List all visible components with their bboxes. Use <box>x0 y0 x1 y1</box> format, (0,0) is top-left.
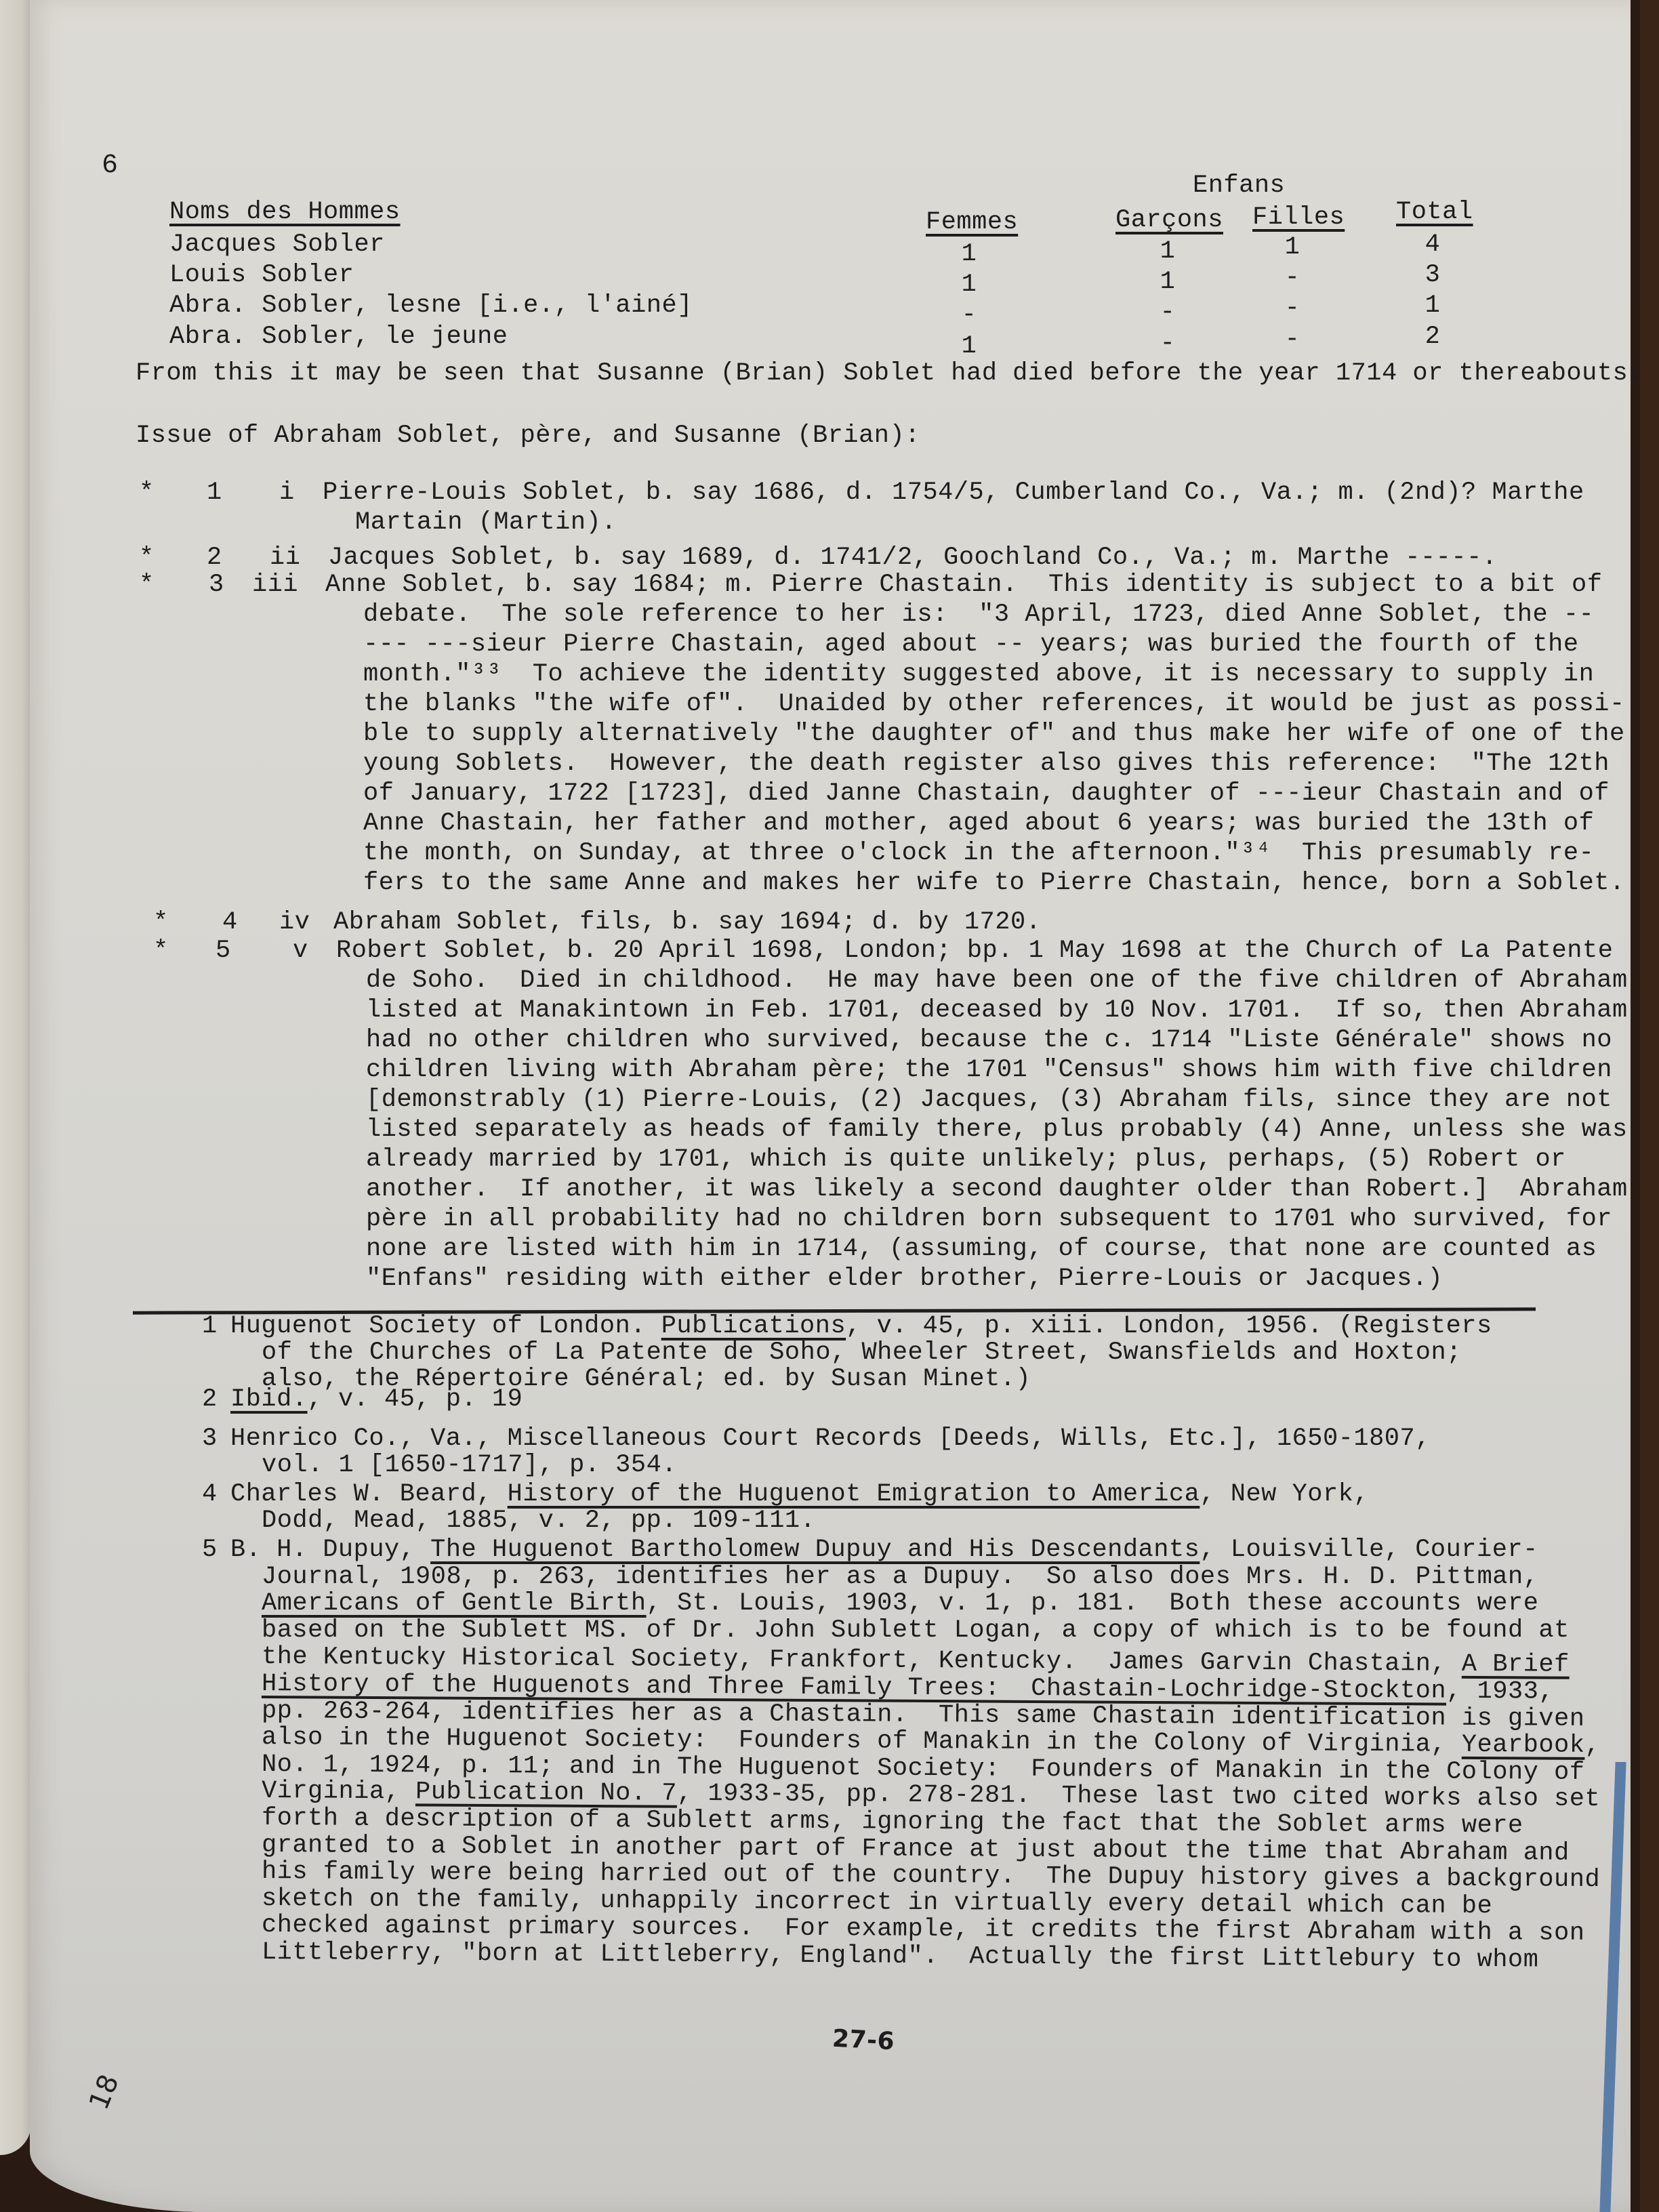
census-cell-femmes: 1 <box>942 270 996 299</box>
census-cell-garcons: 1 <box>1141 237 1195 266</box>
issue-number: 2 <box>207 544 222 572</box>
issue-text-line: [demonstrably (1) Pierre-Louis, (2) Jacq… <box>366 1086 1612 1114</box>
census-cell-filles: - <box>1265 294 1319 323</box>
column-header-total: Total <box>1396 198 1473 226</box>
column-header-garcons: Garçons <box>1115 206 1223 234</box>
issue-roman-numeral: i <box>279 478 295 507</box>
issue-heading: Issue of Abraham Soblet, père, and Susan… <box>136 422 920 450</box>
census-row-name: Abra. Sobler, lesne [i.e., l'ainé] <box>169 291 693 320</box>
issue-text-line: Jacques Soblet, b. say 1689, d. 1741/2, … <box>328 544 1497 572</box>
column-header-filles: Filles <box>1252 203 1345 232</box>
issue-roman-numeral: iii <box>252 571 298 599</box>
issue-roman-numeral: v <box>293 937 308 965</box>
issue-star-marker: * <box>153 908 169 937</box>
issue-text-line: Robert Soblet, b. 20 April 1698, London;… <box>336 937 1613 965</box>
issue-text-line: none are listed with him in 1714, (assum… <box>366 1235 1597 1263</box>
census-row-name: Abra. Sobler, le jeune <box>169 323 508 351</box>
footnote-text-line: vol. 1 [1650-1717], p. 354. <box>262 1451 677 1479</box>
issue-text-line: Anne Soblet, b. say 1684; m. Pierre Chas… <box>325 571 1602 599</box>
footer-page-code: 27-6 <box>832 2025 895 2056</box>
footnote-text-line: Charles W. Beard, History of the Hugueno… <box>230 1480 1369 1509</box>
census-cell-femmes: - <box>942 301 996 329</box>
issue-text-line: month."³³ To achieve the identity sugges… <box>363 660 1594 689</box>
footnote-text-line: Journal, 1908, p. 263, identifies her as… <box>262 1563 1538 1591</box>
footnote-text-line: B. H. Dupuy, The Huguenot Bartholomew Du… <box>230 1536 1538 1564</box>
footnote-number: 5 <box>202 1536 218 1564</box>
census-cell-total: 4 <box>1406 230 1460 259</box>
issue-star-marker: * <box>139 478 155 507</box>
census-cell-total: 1 <box>1406 291 1460 320</box>
census-cell-total: 3 <box>1406 261 1460 289</box>
issue-text-line: the blanks "the wife of". Unaided by oth… <box>363 690 1625 718</box>
issue-roman-numeral: ii <box>270 544 300 572</box>
issue-text-line: another. If another, it was likely a sec… <box>366 1175 1628 1204</box>
issue-number: 1 <box>207 478 222 507</box>
footnote-text-line: based on the Sublett MS. of Dr. John Sub… <box>262 1616 1570 1645</box>
census-row-name: Louis Sobler <box>169 261 354 289</box>
issue-text-line: Abraham Soblet, fils, b. say 1694; d. by… <box>333 908 1041 937</box>
issue-text-line: of January, 1722 [1723], died Janne Chas… <box>363 779 1610 808</box>
footnote-number: 2 <box>202 1385 218 1414</box>
issue-text-line: young Soblets. However, the death regist… <box>363 750 1610 778</box>
footnote-number: 1 <box>202 1312 218 1340</box>
census-row-name: Jacques Sobler <box>169 230 385 259</box>
issue-text-line: had no other children who survived, beca… <box>366 1026 1612 1054</box>
census-cell-garcons: - <box>1141 329 1195 358</box>
issue-text-line: "Enfans" residing with either elder brot… <box>366 1265 1443 1293</box>
issue-text-line: already married by 1701, which is quite … <box>366 1145 1566 1174</box>
issue-text-line: Anne Chastain, her father and mother, ag… <box>363 809 1594 838</box>
group-header-enfans: Enfans <box>1193 171 1285 200</box>
issue-text-line: fers to the same Anne and makes her wife… <box>363 869 1625 897</box>
footnote-text-line: Dodd, Mead, 1885, v. 2, pp. 109-111. <box>262 1507 815 1535</box>
issue-text-line: père in all probability had no children … <box>366 1205 1612 1233</box>
census-cell-filles: - <box>1265 325 1319 354</box>
census-cell-femmes: 1 <box>942 332 996 361</box>
census-cell-femmes: 1 <box>942 240 996 268</box>
footnote-number: 3 <box>202 1425 218 1453</box>
issue-text-line: --- ---sieur Pierre Chastain, aged about… <box>363 630 1579 659</box>
footnote-text-line: Huguenot Society of London. Publications… <box>230 1312 1492 1340</box>
issue-roman-numeral: iv <box>279 908 310 937</box>
issue-star-marker: * <box>153 937 169 965</box>
footnote-text-line: Ibid., v. 45, p. 19 <box>230 1385 523 1414</box>
issue-text-line: listed at Manakintown in Feb. 1701, dece… <box>366 996 1628 1025</box>
issue-number: 4 <box>222 908 238 937</box>
page-number: 6 <box>102 150 119 181</box>
issue-text-line: Pierre-Louis Soblet, b. say 1686, d. 175… <box>323 478 1584 507</box>
issue-text-line: listed separately as heads of family the… <box>366 1115 1628 1144</box>
issue-number: 3 <box>209 571 224 599</box>
issue-star-marker: * <box>139 571 155 599</box>
issue-text-line: de Soho. Died in childhood. He may have … <box>366 966 1628 995</box>
footnote-text-line: Americans of Gentle Birth, St. Louis, 19… <box>262 1589 1538 1618</box>
census-cell-filles: - <box>1265 264 1319 292</box>
page-content: 6 Enfans Noms des Hommes Femmes Garçons … <box>0 0 1659 2212</box>
issue-text-line: debate. The sole reference to her is: "3… <box>363 600 1594 629</box>
footnote-text-line: of the Churches of La Patente de Soho, W… <box>262 1338 1462 1367</box>
census-cell-garcons: - <box>1141 298 1195 327</box>
issue-text-line: Martain (Martin). <box>355 508 617 537</box>
handwritten-annotation: 18 <box>83 2070 125 2114</box>
summary-text: From this it may be seen that Susanne (B… <box>136 359 1643 388</box>
issue-text-line: ble to supply alternatively "the daughte… <box>363 720 1625 748</box>
issue-star-marker: * <box>139 544 155 572</box>
census-cell-total: 2 <box>1406 323 1460 351</box>
issue-number: 5 <box>216 937 231 965</box>
issue-text-line: children living with Abraham père; the 1… <box>366 1056 1612 1084</box>
column-header-names: Noms des Hommes <box>169 198 401 226</box>
column-header-femmes: Femmes <box>926 208 1018 237</box>
issue-text-line: the month, on Sunday, at three o'clock i… <box>363 839 1594 867</box>
footnote-text-line: Henrico Co., Va., Miscellaneous Court Re… <box>230 1425 1431 1453</box>
footnote-number: 4 <box>202 1480 218 1509</box>
census-cell-filles: 1 <box>1265 233 1319 262</box>
census-cell-garcons: 1 <box>1141 268 1195 296</box>
